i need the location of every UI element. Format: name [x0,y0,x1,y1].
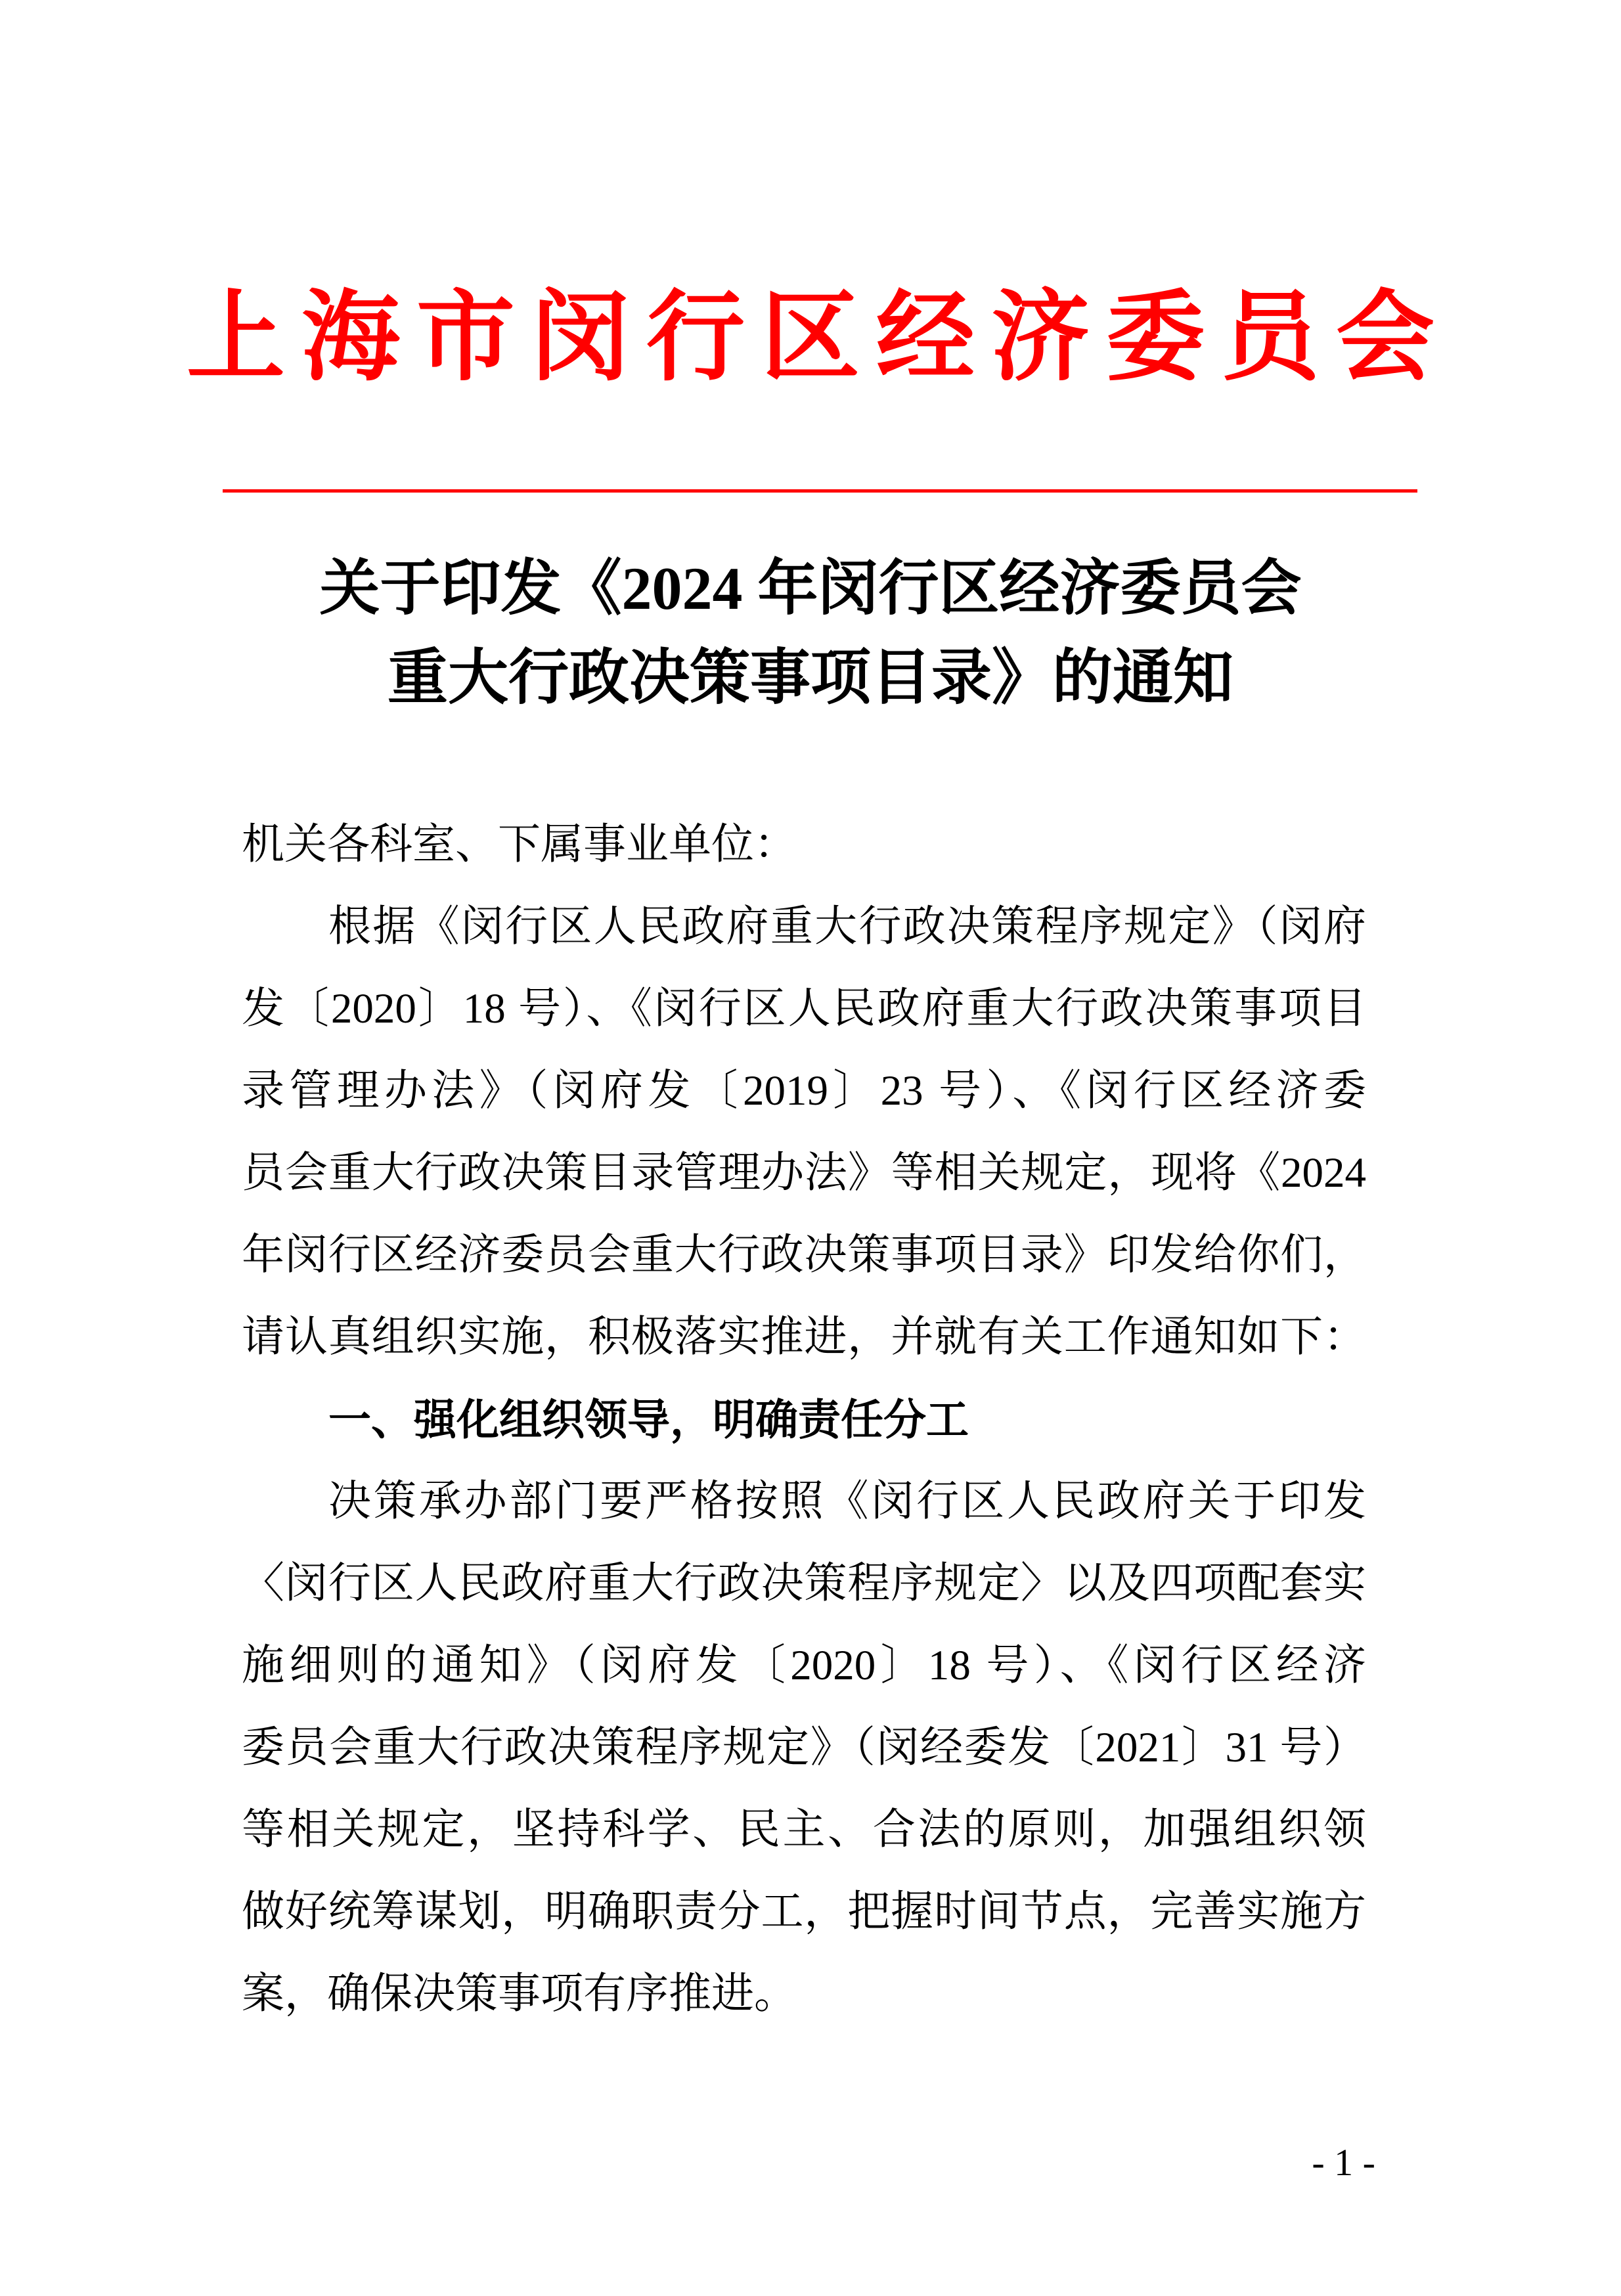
body-line: 施细则的通知》（闵府发〔2020〕18 号）、《闵行区经济 [242,1625,1366,1707]
page-number: - 1 - [1312,2140,1375,2186]
body-line: 〈闵行区人民政府重大行政决策程序规定〉以及四项配套实 [242,1543,1366,1625]
section-heading-1: 一、强化组织领导，明确责任分工 [242,1379,1366,1461]
body-line: 年闵行区经济委员会重大行政决策事项目录》印发给你们， [242,1214,1366,1296]
document-title-line1: 关于印发《2024 年闵行区经济委员会 [0,544,1621,633]
document-title-line2: 重大行政决策事项目录》的通知 [0,633,1621,722]
body-line: 案，确保决策事项有序推进。 [242,1953,1366,2035]
body-line: 决策承办部门要严格按照《闵行区人民政府关于印发 [242,1461,1366,1543]
agency-header-title: 上海市闵行区经济委员会 [0,289,1621,387]
document-page: 上海市闵行区经济委员会 关于印发《2024 年闵行区经济委员会 重大行政决策事项… [0,0,1621,2296]
salutation-line: 机关各科室、下属事业单位： [242,804,1366,886]
red-divider-line [223,489,1417,493]
body-line: 做好统筹谋划，明确职责分工，把握时间节点，完善实施方 [242,1871,1366,1953]
body-line: 员会重大行政决策目录管理办法》等相关规定，现将《2024 [242,1132,1366,1214]
body-line: 录管理办法》（闵府发〔2019〕23 号）、《闵行区经济委 [242,1050,1366,1132]
body-line: 根据《闵行区人民政府重大行政决策程序规定》（闵府 [242,886,1366,968]
document-title: 关于印发《2024 年闵行区经济委员会 重大行政决策事项目录》的通知 [0,544,1621,722]
body-line: 等相关规定，坚持科学、民主、合法的原则，加强组织领导， [242,1789,1366,1871]
body-line: 请认真组织实施，积极落实推进，并就有关工作通知如下： [242,1296,1366,1379]
body-line: 发〔2020〕18 号）、《闵行区人民政府重大行政决策事项目 [242,968,1366,1050]
document-body: 机关各科室、下属事业单位： 根据《闵行区人民政府重大行政决策程序规定》（闵府 发… [242,804,1366,2035]
body-line: 委员会重大行政决策程序规定》（闵经委发〔2021〕31 号） [242,1707,1366,1789]
